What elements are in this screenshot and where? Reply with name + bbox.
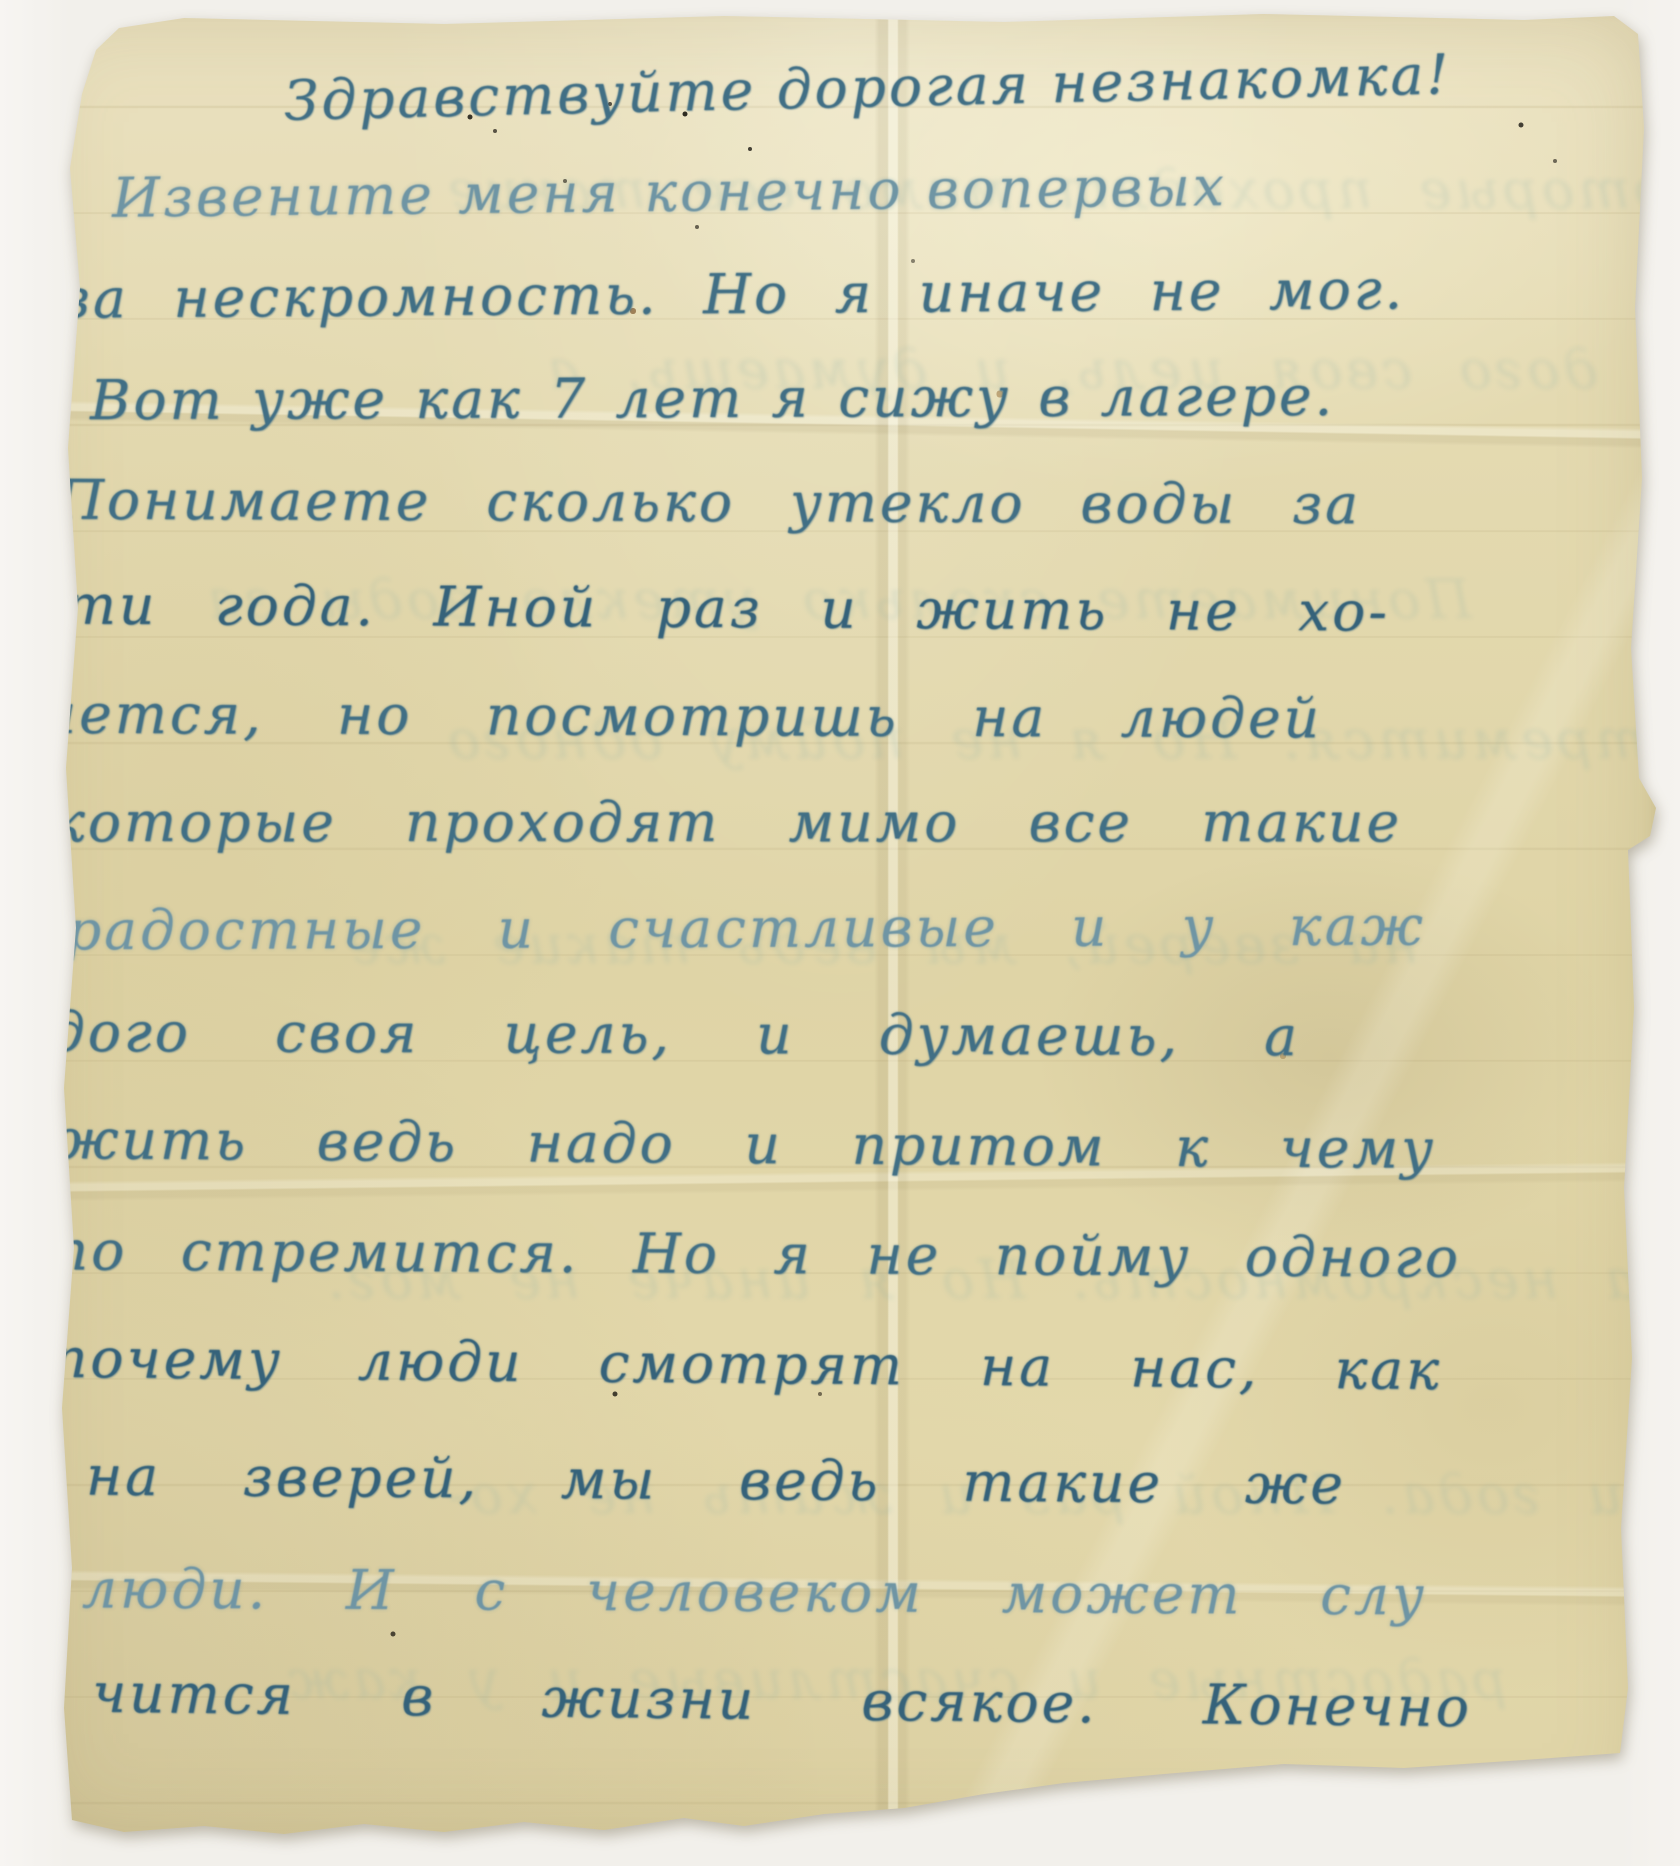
letter-line-12: то стремится. Но я не пойму одного bbox=[36, 1218, 1461, 1289]
letter-line-14: на зверей, мы ведь такие же bbox=[86, 1444, 1346, 1517]
scan-background: которые проходят мимо все такие дого сво… bbox=[0, 0, 1680, 1866]
letter-line-7: чется, но посмотришь на людей bbox=[42, 682, 1322, 750]
letter-text: Здравствуйте дорогая незнакомка! Извенит… bbox=[24, 8, 1656, 1848]
letter-line-16: чится в жизни всякое. Конечно bbox=[92, 1661, 1473, 1739]
letter-line-1: Здравствуйте дорогая незнакомка! bbox=[283, 43, 1404, 132]
letter-line-8: которые проходят мимо все такие bbox=[52, 790, 1402, 854]
letter-paper: которые проходят мимо все такие дого сво… bbox=[24, 8, 1656, 1848]
letter-line-2: Извените меня конечно вопервых bbox=[112, 154, 1228, 230]
letter-line-13: почему люди смотрят на нас, как bbox=[52, 1326, 1443, 1402]
letter-line-15: люди. И с человеком может слу bbox=[82, 1556, 1427, 1627]
letter-line-9: радостные и счастливые и у каж bbox=[66, 894, 1426, 963]
letter-line-11: жить ведь надо и притом к чему bbox=[56, 1107, 1436, 1181]
letter-line-6: эти года. Иной раз и жить не хо- bbox=[30, 572, 1390, 643]
letter-line-10: дого своя цель, и думаешь, а bbox=[50, 1000, 1300, 1068]
letter-line-3: за нескромность. Но я иначе не мог. bbox=[60, 257, 1405, 330]
letter-paper-shadow: которые проходят мимо все такие дого сво… bbox=[0, 0, 1680, 1866]
letter-line-5: Понимаете сколько утекло воды за bbox=[56, 468, 1361, 537]
letter-line-4: Вот уже как 7 лет я сижу в лагере. bbox=[90, 364, 1335, 432]
paper-specks bbox=[24, 8, 26, 10]
